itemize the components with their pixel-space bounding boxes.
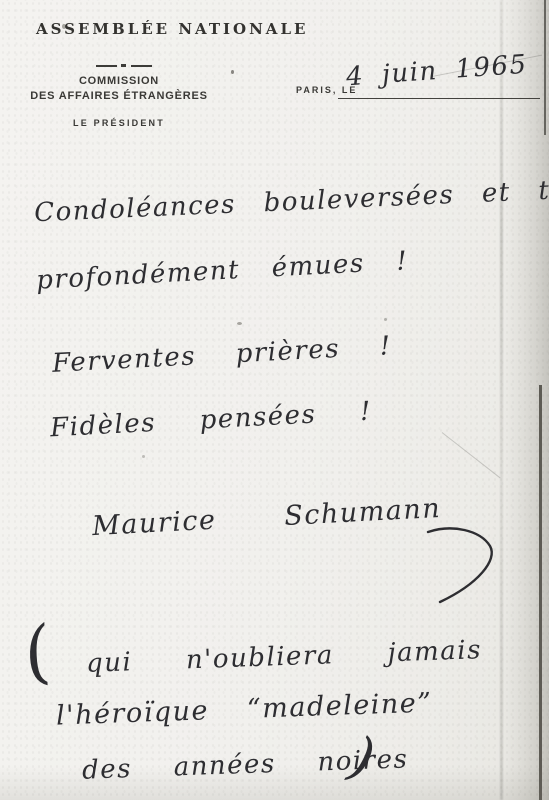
signature-flourish [426, 518, 504, 606]
postscript-line-2: l'héroïque “madeleine” [56, 687, 434, 731]
scan-edge-line-bottom [539, 385, 542, 800]
divider-dot [121, 64, 126, 67]
scan-edge-line-top [544, 0, 546, 135]
paper-fold-line [500, 0, 503, 800]
signature-maurice-schumann: Maurice Schumann [91, 493, 441, 542]
scan-speck [231, 70, 234, 74]
letterhead-title: ASSEMBLÉE NATIONALE [36, 20, 308, 38]
postscript-line-1: qui n'oubliera jamais [86, 635, 483, 679]
postscript-open-paren: ( [15, 612, 61, 695]
paper-torn-edge [503, 0, 549, 800]
scan-speck [237, 322, 242, 325]
body-line-4: Fidèles pensées ! [49, 397, 372, 444]
divider-bar [131, 65, 152, 67]
letterhead-commission: COMMISSION DES AFFAIRES ÉTRANGÈRES [30, 74, 208, 104]
commission-line-1: COMMISSION [30, 74, 208, 89]
body-line-2: profondément émues ! [35, 246, 409, 295]
scan-scratch [442, 432, 501, 478]
scan-speck [384, 318, 387, 321]
body-line-1: Condoléances bouleversées et très [34, 174, 549, 228]
scan-speck [142, 455, 145, 458]
scanned-letter-page: ASSEMBLÉE NATIONALE COMMISSION DES AFFAI… [0, 0, 549, 800]
divider-bar [96, 65, 117, 67]
body-line-3: Ferventes prières ! [51, 331, 392, 379]
commission-line-2: DES AFFAIRES ÉTRANGÈRES [30, 89, 208, 104]
letterhead-divider [96, 64, 152, 67]
letterhead-president: LE PRÉSIDENT [30, 118, 208, 128]
date-underline [338, 98, 540, 99]
